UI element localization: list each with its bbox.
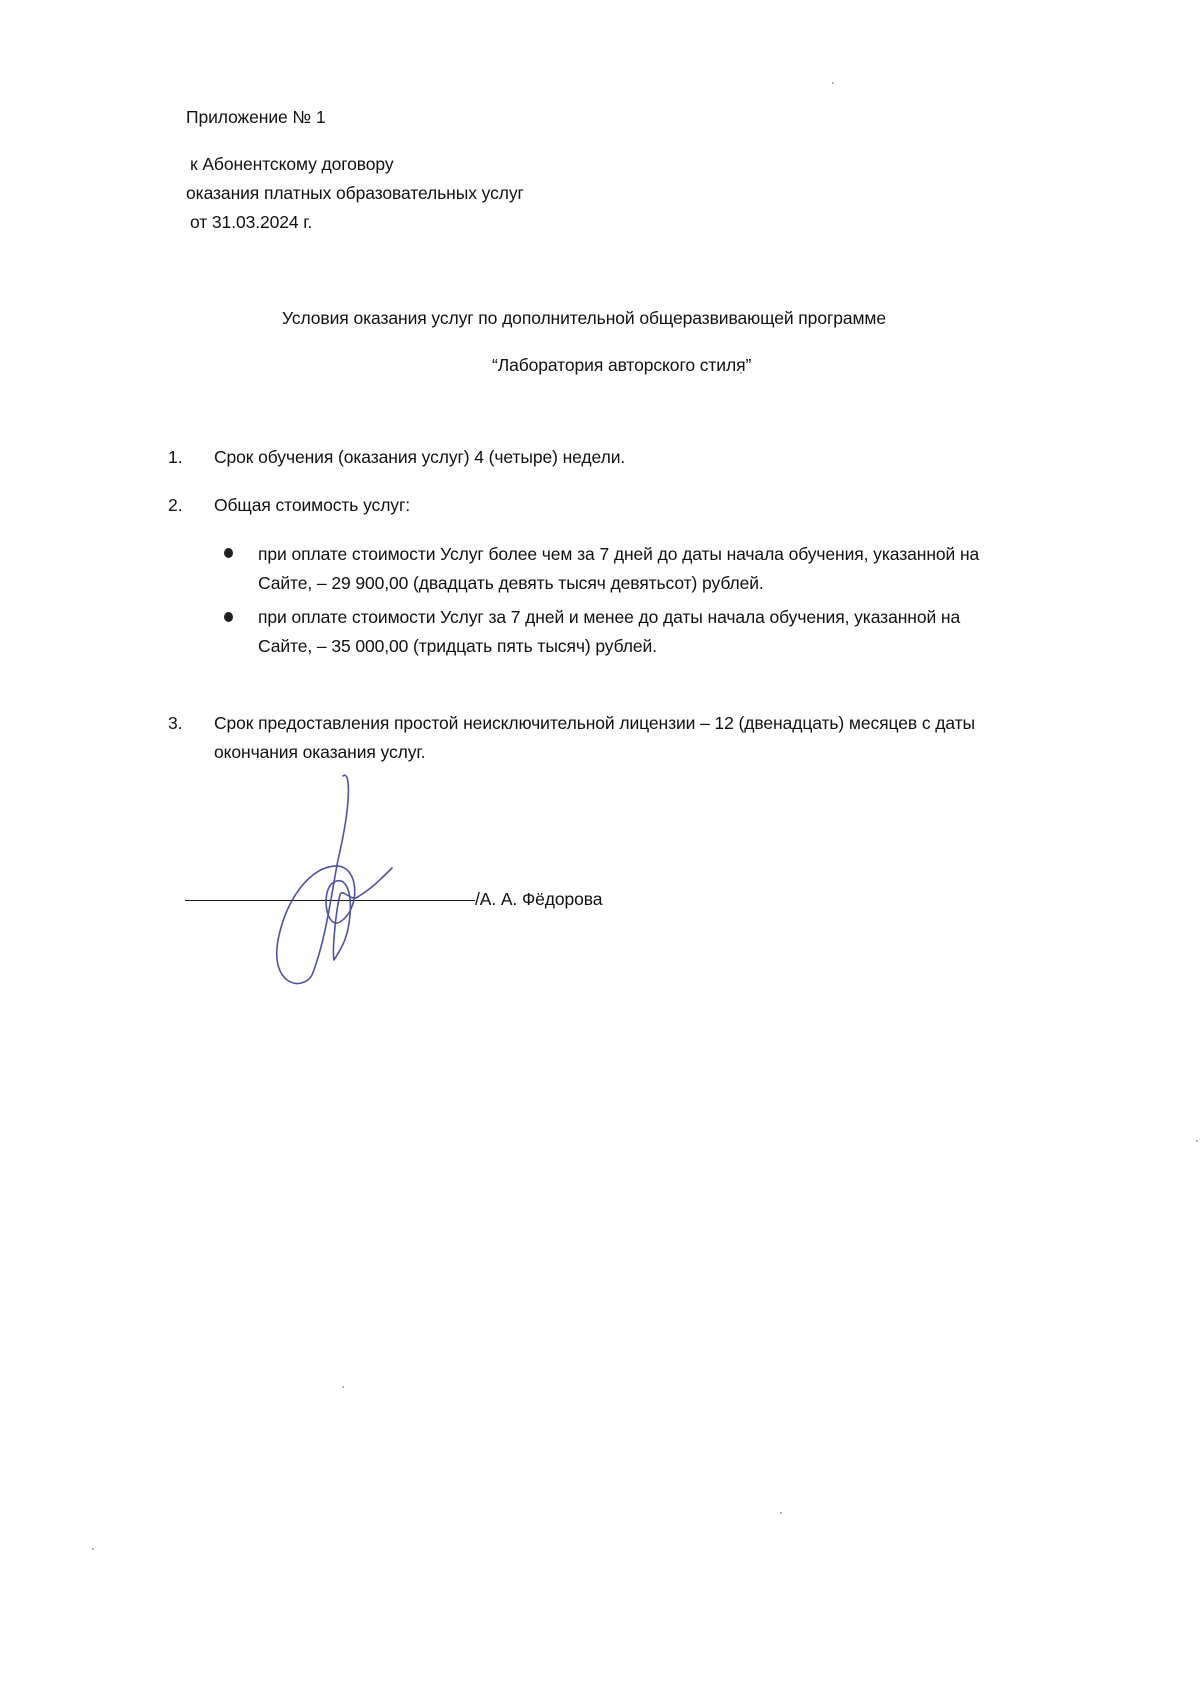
item-3-number: 3. xyxy=(168,712,183,734)
item-2-number: 2. xyxy=(168,494,183,516)
document-page: Приложение № 1 к Абонентскому договору о… xyxy=(0,0,1200,1695)
scan-speck xyxy=(92,1548,94,1550)
item-1-text: Срок обучения (оказания услуг) 4 (четыре… xyxy=(214,446,625,468)
program-name: “Лаборатория авторского стиля” xyxy=(492,354,751,376)
scan-speck xyxy=(740,372,742,374)
item-3-text-line2: окончания оказания услуг. xyxy=(214,741,425,763)
price-option-2-line2: Сайте, – 35 000,00 (тридцать пять тысяч)… xyxy=(258,635,657,657)
contract-date: от 31.03.2024 г. xyxy=(190,211,312,233)
price-option-2-line1: при оплате стоимости Услуг за 7 дней и м… xyxy=(258,606,960,628)
signer-name: /А. А. Фёдорова xyxy=(475,888,602,910)
scan-speck xyxy=(342,1386,344,1388)
scan-speck xyxy=(832,82,834,84)
conditions-title: Условия оказания услуг по дополнительной… xyxy=(282,307,886,329)
contract-reference-line2: оказания платных образовательных услуг xyxy=(186,182,524,204)
scan-speck xyxy=(780,1512,782,1514)
bullet-icon xyxy=(224,612,233,622)
appendix-title: Приложение № 1 xyxy=(186,106,325,128)
item-3-text-line1: Срок предоставления простой неисключител… xyxy=(214,712,975,734)
contract-reference-line1: к Абонентскому договору xyxy=(190,153,394,175)
item-2-text: Общая стоимость услуг: xyxy=(214,494,410,516)
price-option-1-line1: при оплате стоимости Услуг более чем за … xyxy=(258,543,979,565)
bullet-icon xyxy=(224,548,233,558)
handwritten-signature xyxy=(260,770,420,990)
price-option-1-line2: Сайте, – 29 900,00 (двадцать девять тыся… xyxy=(258,572,764,594)
item-1-number: 1. xyxy=(168,446,183,468)
scan-speck xyxy=(1196,1140,1198,1142)
